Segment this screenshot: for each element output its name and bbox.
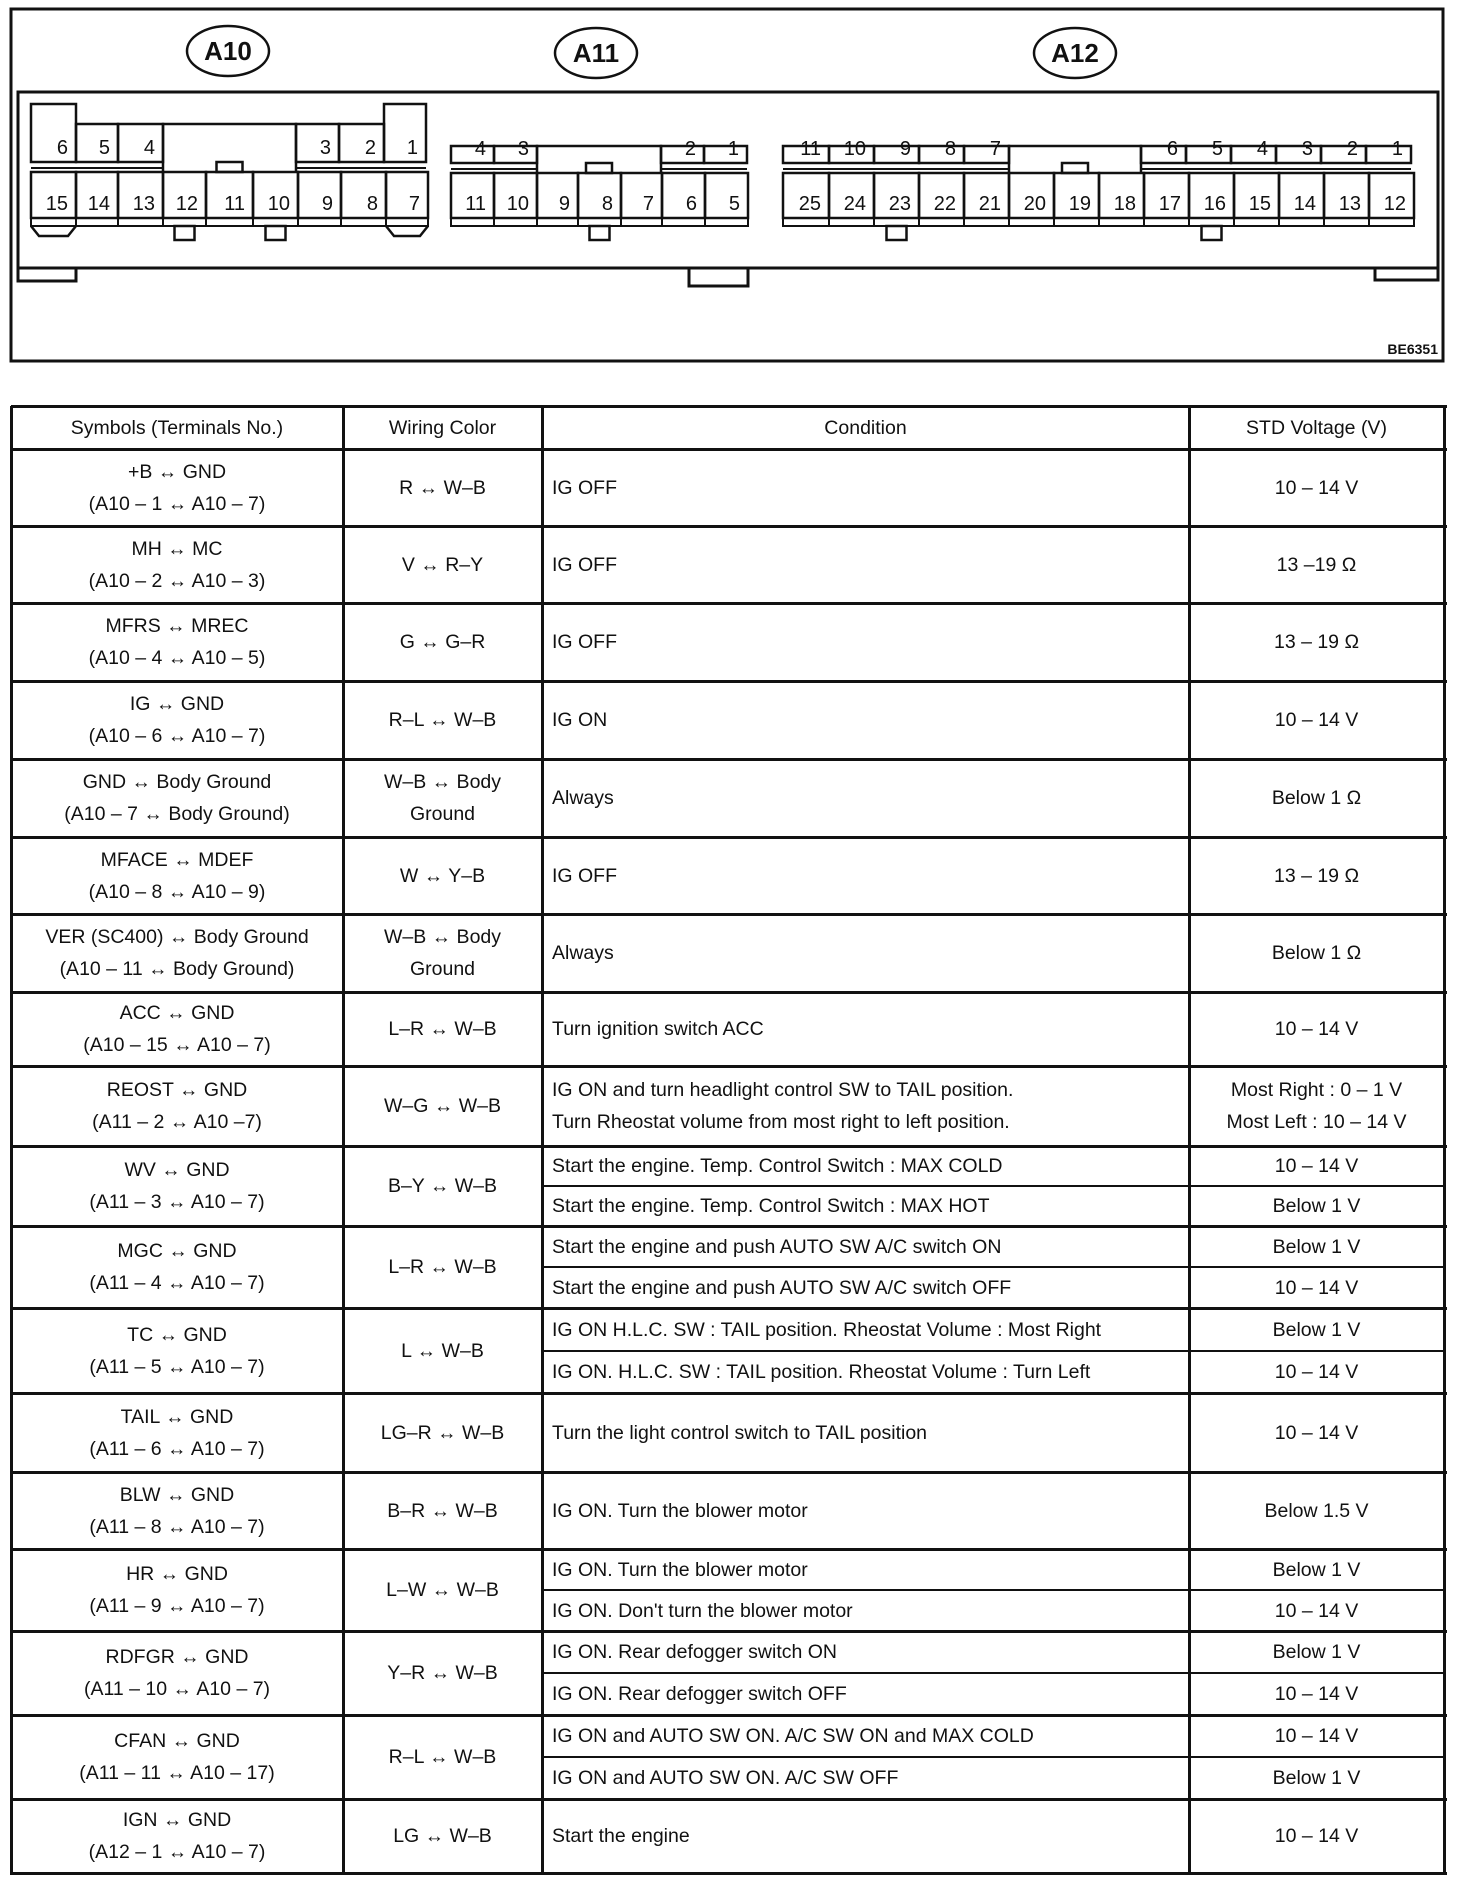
condition-cell: IG ON (542, 681, 1189, 759)
wiring-color-cell-line: LG–R ↔ W–B (381, 1417, 505, 1449)
wiring-color-cell-line: R–L ↔ W–B (389, 704, 497, 736)
symbol-cell-line: (A11 – 4 ↔ A10 – 7) (89, 1267, 264, 1299)
sub-row-divider (542, 1589, 1444, 1591)
symbol-cell-line: IGN ↔ GND (123, 1804, 231, 1836)
std-value-cell-line: 10 – 14 V (1275, 1013, 1358, 1045)
std-value-cell-line: 10 – 14 V (1275, 1356, 1358, 1388)
condition-cell-line: IG ON (552, 704, 607, 736)
std-value-cell: Below 1.5 V (1189, 1472, 1444, 1549)
column-header: Condition (542, 406, 1189, 449)
symbol-cell-line: MFACE ↔ MDEF (101, 844, 254, 876)
condition-cell-line: IG ON. Don't turn the blower motor (552, 1595, 853, 1627)
row-divider (11, 1630, 1447, 1633)
column-header-line: Condition (824, 412, 906, 444)
condition-cell-line: Turn Rheostat volume from most right to … (552, 1106, 1010, 1138)
pin-number: 1 (728, 138, 739, 160)
condition-cell: IG ON. Don't turn the blower motor (542, 1590, 1189, 1631)
std-value-cell-line: 10 – 14 V (1275, 1272, 1358, 1304)
symbol-cell-line: +B ↔ GND (128, 456, 226, 488)
condition-cell: IG OFF (542, 603, 1189, 681)
symbol-cell-line: (A10 – 2 ↔ A10 – 3) (89, 565, 266, 597)
condition-cell: IG OFF (542, 837, 1189, 914)
wiring-color-cell-line: W–G ↔ W–B (384, 1090, 501, 1122)
symbol-cell: HR ↔ GND(A11 – 9 ↔ A10 – 7) (11, 1549, 343, 1631)
pin-number: 25 (799, 193, 821, 215)
condition-cell-line: Turn the light control switch to TAIL po… (552, 1417, 927, 1449)
std-value-cell-line: Below 1 V (1273, 1636, 1361, 1668)
symbol-cell: GND ↔ Body Ground(A10 – 7 ↔ Body Ground) (11, 759, 343, 837)
std-value-cell-line: Below 1 V (1273, 1554, 1361, 1586)
terminal-voltage-table: Symbols (Terminals No.)Wiring ColorCondi… (11, 406, 1444, 1874)
symbol-cell-line: (A11 – 5 ↔ A10 – 7) (89, 1351, 264, 1383)
wiring-color-cell: R–L ↔ W–B (343, 681, 542, 759)
symbol-cell-line: BLW ↔ GND (120, 1479, 234, 1511)
std-value-cell: 13 – 19 Ω (1189, 603, 1444, 681)
wiring-color-cell: G ↔ G–R (343, 603, 542, 681)
std-value-cell: Below 1 V (1189, 1757, 1444, 1799)
row-divider (11, 1798, 1447, 1801)
row-divider (11, 1307, 1447, 1310)
condition-cell-line: Turn ignition switch ACC (552, 1013, 764, 1045)
symbol-cell-line: TAIL ↔ GND (121, 1401, 234, 1433)
condition-cell-line: Start the engine. Temp. Control Switch :… (552, 1190, 989, 1222)
std-value-cell: 10 – 14 V (1189, 1393, 1444, 1472)
pin-number: 11 (224, 193, 245, 215)
condition-cell-line: IG ON. Turn the blower motor (552, 1554, 808, 1586)
std-value-cell: Below 1 Ω (1189, 914, 1444, 992)
row-divider (11, 1471, 1447, 1474)
wiring-color-cell-line: V ↔ R–Y (402, 549, 483, 581)
condition-cell: IG ON and AUTO SW ON. A/C SW OFF (542, 1757, 1189, 1799)
condition-cell-line: Start the engine. Temp. Control Switch :… (552, 1150, 1003, 1182)
pin-number: 2 (365, 137, 376, 159)
connector-a10: A10654321151413121110987 (31, 26, 428, 240)
condition-cell: Start the engine (542, 1799, 1189, 1873)
column-header: Symbols (Terminals No.) (11, 406, 343, 449)
symbol-cell: WV ↔ GND(A11 – 3 ↔ A10 – 7) (11, 1146, 343, 1226)
symbol-cell-line: (A11 – 10 ↔ A10 – 7) (84, 1673, 270, 1705)
column-divider (1188, 406, 1191, 1875)
std-value-cell-line: 10 – 14 V (1275, 1150, 1358, 1182)
condition-cell: Turn ignition switch ACC (542, 992, 1189, 1066)
pin-number: 6 (1167, 138, 1178, 160)
symbol-cell-line: VER (SC400) ↔ Body Ground (45, 921, 308, 953)
symbol-cell-line: (A11 – 8 ↔ A10 – 7) (89, 1511, 264, 1543)
std-value-cell-line: Most Left : 10 – 14 V (1227, 1106, 1407, 1138)
wiring-color-cell: B–R ↔ W–B (343, 1472, 542, 1549)
symbol-cell-line: (A11 – 6 ↔ A10 – 7) (89, 1433, 264, 1465)
wiring-color-cell-line: B–R ↔ W–B (387, 1495, 498, 1527)
pin-number: 14 (88, 193, 110, 215)
condition-cell-line: IG ON. Rear defogger switch ON (552, 1636, 837, 1668)
row-divider (11, 758, 1447, 761)
symbol-cell: TAIL ↔ GND(A11 – 6 ↔ A10 – 7) (11, 1393, 343, 1472)
wiring-color-cell: R–L ↔ W–B (343, 1715, 542, 1799)
pin-number: 10 (268, 193, 290, 215)
wiring-color-cell: W ↔ Y–B (343, 837, 542, 914)
pin-number: 8 (367, 193, 378, 215)
row-divider (11, 1872, 1447, 1875)
pin-number: 5 (729, 193, 740, 215)
condition-cell-line: IG OFF (552, 860, 617, 892)
pin-number: 11 (800, 138, 821, 160)
symbol-cell-line: ACC ↔ GND (120, 997, 235, 1029)
symbol-cell-line: (A10 – 8 ↔ A10 – 9) (89, 876, 266, 908)
symbol-cell-line: (A10 – 4 ↔ A10 – 5) (89, 642, 266, 674)
pin-number: 9 (559, 193, 570, 215)
condition-cell-line: IG OFF (552, 472, 617, 504)
std-value-cell-line: Below 1 V (1273, 1314, 1361, 1346)
std-value-cell: 10 – 14 V (1189, 992, 1444, 1066)
std-value-cell: Most Right : 0 – 1 VMost Left : 10 – 14 … (1189, 1066, 1444, 1146)
connector-a12: A121110987654321252423222120191817161514… (783, 28, 1414, 240)
pin-number: 3 (320, 137, 331, 159)
std-value-cell: Below 1 V (1189, 1631, 1444, 1673)
std-value-cell-line: 10 – 14 V (1275, 1678, 1358, 1710)
row-divider (11, 602, 1447, 605)
condition-cell: Always (542, 759, 1189, 837)
wiring-color-cell: LG–R ↔ W–B (343, 1393, 542, 1472)
pin-number: 13 (133, 193, 155, 215)
condition-cell-line: Always (552, 782, 614, 814)
condition-cell-line: IG ON H.L.C. SW : TAIL position. Rheosta… (552, 1314, 1101, 1346)
wiring-color-cell-line: G ↔ G–R (400, 626, 486, 658)
column-header: STD Voltage (V) (1189, 406, 1444, 449)
pin-number: 4 (475, 138, 486, 160)
wiring-color-cell: W–B ↔ BodyGround (343, 759, 542, 837)
pin-number: 4 (144, 137, 155, 159)
pin-number: 2 (1347, 138, 1358, 160)
row-divider (11, 991, 1447, 994)
std-value-cell-line: 10 – 14 V (1275, 1820, 1358, 1852)
std-value-cell: 10 – 14 V (1189, 1267, 1444, 1308)
wiring-color-cell-line: L–R ↔ W–B (388, 1013, 496, 1045)
wiring-color-cell: V ↔ R–Y (343, 526, 542, 603)
column-header-line: Symbols (Terminals No.) (71, 412, 283, 444)
pin-number: 9 (900, 138, 911, 160)
pin-number: 6 (57, 137, 68, 159)
symbol-cell-line: MH ↔ MC (132, 533, 223, 565)
row-divider (11, 1392, 1447, 1395)
column-header: Wiring Color (343, 406, 542, 449)
pin-number: 15 (46, 193, 68, 215)
sub-row-divider (542, 1185, 1444, 1187)
condition-cell: IG ON. Turn the blower motor (542, 1549, 1189, 1590)
row-divider (11, 913, 1447, 916)
condition-cell: IG ON H.L.C. SW : TAIL position. Rheosta… (542, 1308, 1189, 1351)
pin-number: 5 (99, 137, 110, 159)
symbol-cell-line: TC ↔ GND (127, 1319, 227, 1351)
pin-number: 20 (1024, 193, 1046, 215)
pin-number: 11 (465, 193, 486, 215)
condition-cell: Turn the light control switch to TAIL po… (542, 1393, 1189, 1472)
std-value-cell: 10 – 14 V (1189, 1715, 1444, 1757)
pin-number: 3 (1302, 138, 1313, 160)
pin-number: 9 (322, 193, 333, 215)
condition-cell: IG OFF (542, 526, 1189, 603)
row-divider (11, 836, 1447, 839)
pin-number: 23 (889, 193, 911, 215)
pin-number: 5 (1212, 138, 1223, 160)
pin-number: 1 (1392, 138, 1403, 160)
std-value-cell-line: Below 1.5 V (1264, 1495, 1368, 1527)
symbol-cell: ACC ↔ GND(A10 – 15 ↔ A10 – 7) (11, 992, 343, 1066)
symbol-cell-line: (A11 – 2 ↔ A10 –7) (92, 1106, 262, 1138)
pin-number: 24 (844, 193, 866, 215)
symbol-cell-line: (A10 – 7 ↔ Body Ground) (64, 798, 289, 830)
column-header-line: Wiring Color (389, 412, 496, 444)
row-divider (11, 1714, 1447, 1717)
symbol-cell-line: IG ↔ GND (130, 688, 224, 720)
std-value-cell: 10 – 14 V (1189, 449, 1444, 526)
pin-number: 2 (685, 138, 696, 160)
wiring-color-cell: L ↔ W–B (343, 1308, 542, 1393)
column-divider (342, 406, 345, 1875)
condition-cell: IG ON and turn headlight control SW to T… (542, 1066, 1189, 1146)
pin-number: 17 (1159, 193, 1181, 215)
pin-number: 18 (1114, 193, 1136, 215)
row-divider (11, 448, 1447, 451)
symbol-cell-line: (A10 – 15 ↔ A10 – 7) (83, 1029, 271, 1061)
symbol-cell-line: CFAN ↔ GND (114, 1725, 240, 1757)
std-value-cell: Below 1 V (1189, 1186, 1444, 1226)
row-divider (11, 1548, 1447, 1551)
symbol-cell-line: (A12 – 1 ↔ A10 – 7) (89, 1836, 266, 1868)
wiring-color-cell: L–W ↔ W–B (343, 1549, 542, 1631)
pin-number: 7 (643, 193, 654, 215)
column-divider (1443, 406, 1446, 1875)
pin-number: 13 (1339, 193, 1361, 215)
sub-row-divider (542, 1350, 1444, 1352)
pin-number: 16 (1204, 193, 1226, 215)
pin-number: 3 (518, 138, 529, 160)
pin-number: 8 (945, 138, 956, 160)
std-value-cell: 10 – 14 V (1189, 1799, 1444, 1873)
symbol-cell-line: MGC ↔ GND (117, 1235, 236, 1267)
symbol-cell: CFAN ↔ GND(A11 – 11 ↔ A10 – 17) (11, 1715, 343, 1799)
pin-number: 14 (1294, 193, 1316, 215)
std-value-cell-line: Below 1 Ω (1272, 782, 1361, 814)
condition-cell-line: IG ON and AUTO SW ON. A/C SW ON and MAX … (552, 1720, 1034, 1752)
sub-row-divider (542, 1756, 1444, 1758)
condition-cell: IG ON. Rear defogger switch OFF (542, 1673, 1189, 1715)
condition-cell-line: IG ON. Turn the blower motor (552, 1495, 808, 1527)
condition-cell-line: IG ON and AUTO SW ON. A/C SW OFF (552, 1762, 898, 1794)
wiring-color-cell-line: L–W ↔ W–B (386, 1574, 499, 1606)
wiring-color-cell-line: LG ↔ W–B (393, 1820, 492, 1852)
wiring-color-cell: W–B ↔ BodyGround (343, 914, 542, 992)
symbol-cell-line: REOST ↔ GND (107, 1074, 248, 1106)
wiring-color-cell-line: L–R ↔ W–B (388, 1251, 496, 1283)
symbol-cell-line: MFRS ↔ MREC (106, 610, 249, 642)
wiring-color-cell-line: R ↔ W–B (399, 472, 486, 504)
condition-cell: Start the engine. Temp. Control Switch :… (542, 1186, 1189, 1226)
std-value-cell: 10 – 14 V (1189, 1351, 1444, 1393)
symbol-cell: IGN ↔ GND(A12 – 1 ↔ A10 – 7) (11, 1799, 343, 1873)
std-value-cell: Below 1 V (1189, 1549, 1444, 1590)
condition-cell: IG ON. Rear defogger switch ON (542, 1631, 1189, 1673)
pin-number: 7 (990, 138, 1001, 160)
pin-number: 12 (176, 193, 198, 215)
row-divider (11, 1225, 1447, 1228)
wiring-color-cell: Y–R ↔ W–B (343, 1631, 542, 1715)
symbol-cell: VER (SC400) ↔ Body Ground(A10 – 11 ↔ Bod… (11, 914, 343, 992)
symbol-cell-line: GND ↔ Body Ground (83, 766, 272, 798)
wiring-color-cell-line: Ground (410, 953, 475, 985)
symbol-cell: +B ↔ GND(A10 – 1 ↔ A10 – 7) (11, 449, 343, 526)
symbol-cell: REOST ↔ GND(A11 – 2 ↔ A10 –7) (11, 1066, 343, 1146)
pin-number: 10 (844, 138, 866, 160)
figure-code: BE6351 (1387, 341, 1438, 357)
pin-number: 8 (602, 193, 613, 215)
symbol-cell-line: RDFGR ↔ GND (106, 1641, 249, 1673)
pin-number: 22 (934, 193, 956, 215)
std-value-cell-line: 13 –19 Ω (1277, 549, 1357, 581)
condition-cell: IG ON. H.L.C. SW : TAIL position. Rheost… (542, 1351, 1189, 1393)
symbol-cell-line: HR ↔ GND (126, 1558, 228, 1590)
condition-cell: Start the engine. Temp. Control Switch :… (542, 1146, 1189, 1186)
row-divider (11, 1145, 1447, 1148)
condition-cell-line: IG ON and turn headlight control SW to T… (552, 1074, 1013, 1106)
condition-cell: IG OFF (542, 449, 1189, 526)
pin-number: 10 (507, 193, 529, 215)
std-value-cell: 10 – 14 V (1189, 1590, 1444, 1631)
wiring-color-cell-line: W–B ↔ Body (384, 766, 501, 798)
symbol-cell: IG ↔ GND(A10 – 6 ↔ A10 – 7) (11, 681, 343, 759)
symbol-cell-line: (A11 – 9 ↔ A10 – 7) (89, 1590, 264, 1622)
condition-cell-line: Always (552, 937, 614, 969)
wiring-color-cell: LG ↔ W–B (343, 1799, 542, 1873)
std-value-cell-line: Below 1 V (1273, 1231, 1361, 1263)
column-header-line: STD Voltage (V) (1246, 412, 1387, 444)
condition-cell-line: Start the engine and push AUTO SW A/C sw… (552, 1272, 1011, 1304)
wiring-color-cell-line: W ↔ Y–B (400, 860, 485, 892)
wiring-color-cell: L–R ↔ W–B (343, 992, 542, 1066)
condition-cell-line: Start the engine and push AUTO SW A/C sw… (552, 1231, 1001, 1263)
connector-a11: A114321111098765 (451, 28, 748, 240)
wiring-color-cell-line: R–L ↔ W–B (389, 1741, 497, 1773)
std-value-cell-line: 10 – 14 V (1275, 472, 1358, 504)
row-divider (11, 525, 1447, 528)
std-value-cell-line: 10 – 14 V (1275, 1417, 1358, 1449)
pin-number: 4 (1257, 138, 1268, 160)
symbol-cell: TC ↔ GND(A11 – 5 ↔ A10 – 7) (11, 1308, 343, 1393)
condition-cell: IG ON. Turn the blower motor (542, 1472, 1189, 1549)
condition-cell-line: IG ON. Rear defogger switch OFF (552, 1678, 847, 1710)
symbol-cell-line: (A11 – 11 ↔ A10 – 17) (79, 1757, 275, 1789)
std-value-cell: Below 1 V (1189, 1226, 1444, 1267)
std-value-cell-line: 10 – 14 V (1275, 704, 1358, 736)
pin-number: 12 (1384, 193, 1406, 215)
std-value-cell-line: Below 1 V (1273, 1190, 1361, 1222)
connector-label: A11 (573, 38, 619, 68)
wiring-color-cell-line: Ground (410, 798, 475, 830)
condition-cell-line: IG ON. H.L.C. SW : TAIL position. Rheost… (552, 1356, 1090, 1388)
row-divider (11, 405, 1447, 408)
std-value-cell: Below 1 Ω (1189, 759, 1444, 837)
pin-number: 6 (686, 193, 697, 215)
std-value-cell-line: 10 – 14 V (1275, 1595, 1358, 1627)
std-value-cell-line: 10 – 14 V (1275, 1720, 1358, 1752)
symbol-cell: BLW ↔ GND(A11 – 8 ↔ A10 – 7) (11, 1472, 343, 1549)
pin-number: 15 (1249, 193, 1271, 215)
std-value-cell: 13 –19 Ω (1189, 526, 1444, 603)
symbol-cell-line: (A10 – 6 ↔ A10 – 7) (89, 720, 266, 752)
condition-cell: IG ON and AUTO SW ON. A/C SW ON and MAX … (542, 1715, 1189, 1757)
std-value-cell-line: Below 1 V (1273, 1762, 1361, 1794)
std-value-cell: 13 – 19 Ω (1189, 837, 1444, 914)
column-divider (10, 406, 13, 1875)
wiring-color-cell-line: Y–R ↔ W–B (387, 1657, 498, 1689)
pin-number: 21 (979, 193, 1001, 215)
wiring-color-cell-line: W–B ↔ Body (384, 921, 501, 953)
condition-cell: Start the engine and push AUTO SW A/C sw… (542, 1226, 1189, 1267)
row-divider (11, 680, 1447, 683)
pin-number: 1 (407, 137, 418, 159)
symbol-cell: RDFGR ↔ GND(A11 – 10 ↔ A10 – 7) (11, 1631, 343, 1715)
wiring-color-cell: B–Y ↔ W–B (343, 1146, 542, 1226)
condition-cell-line: Start the engine (552, 1820, 690, 1852)
symbol-cell-line: WV ↔ GND (124, 1154, 229, 1186)
wiring-color-cell: R ↔ W–B (343, 449, 542, 526)
wiring-color-cell: W–G ↔ W–B (343, 1066, 542, 1146)
std-value-cell: 10 – 14 V (1189, 1673, 1444, 1715)
condition-cell: Always (542, 914, 1189, 992)
wiring-color-cell: L–R ↔ W–B (343, 1226, 542, 1308)
symbol-cell: MFACE ↔ MDEF(A10 – 8 ↔ A10 – 9) (11, 837, 343, 914)
condition-cell: Start the engine and push AUTO SW A/C sw… (542, 1267, 1189, 1308)
condition-cell-line: IG OFF (552, 549, 617, 581)
symbol-cell-line: (A11 – 3 ↔ A10 – 7) (89, 1186, 264, 1218)
std-value-cell: 10 – 14 V (1189, 1146, 1444, 1186)
pin-number: 19 (1069, 193, 1091, 215)
connector-label: A12 (1051, 38, 1099, 68)
connector-diagram: BE6351A10654321151413121110987A114321111… (0, 0, 1472, 380)
connector-diagram-drawing: BE6351A10654321151413121110987A114321111… (0, 0, 1472, 380)
symbol-cell-line: (A10 – 1 ↔ A10 – 7) (89, 488, 266, 520)
connector-label: A10 (204, 36, 252, 66)
symbol-cell: MGC ↔ GND(A11 – 4 ↔ A10 – 7) (11, 1226, 343, 1308)
condition-cell-line: IG OFF (552, 626, 617, 658)
std-value-cell-line: Below 1 Ω (1272, 937, 1361, 969)
symbol-cell: MFRS ↔ MREC(A10 – 4 ↔ A10 – 5) (11, 603, 343, 681)
row-divider (11, 1065, 1447, 1068)
symbol-cell: MH ↔ MC(A10 – 2 ↔ A10 – 3) (11, 526, 343, 603)
std-value-cell: 10 – 14 V (1189, 681, 1444, 759)
std-value-cell-line: 13 – 19 Ω (1274, 860, 1359, 892)
sub-row-divider (542, 1672, 1444, 1674)
std-value-cell-line: Most Right : 0 – 1 V (1231, 1074, 1402, 1106)
symbol-cell-line: (A10 – 11 ↔ Body Ground) (60, 953, 295, 985)
wiring-color-cell-line: L ↔ W–B (401, 1335, 484, 1367)
pin-number: 7 (409, 193, 420, 215)
std-value-cell: Below 1 V (1189, 1308, 1444, 1351)
column-divider (541, 406, 544, 1875)
std-value-cell-line: 13 – 19 Ω (1274, 626, 1359, 658)
sub-row-divider (542, 1266, 1444, 1268)
wiring-color-cell-line: B–Y ↔ W–B (388, 1170, 497, 1202)
